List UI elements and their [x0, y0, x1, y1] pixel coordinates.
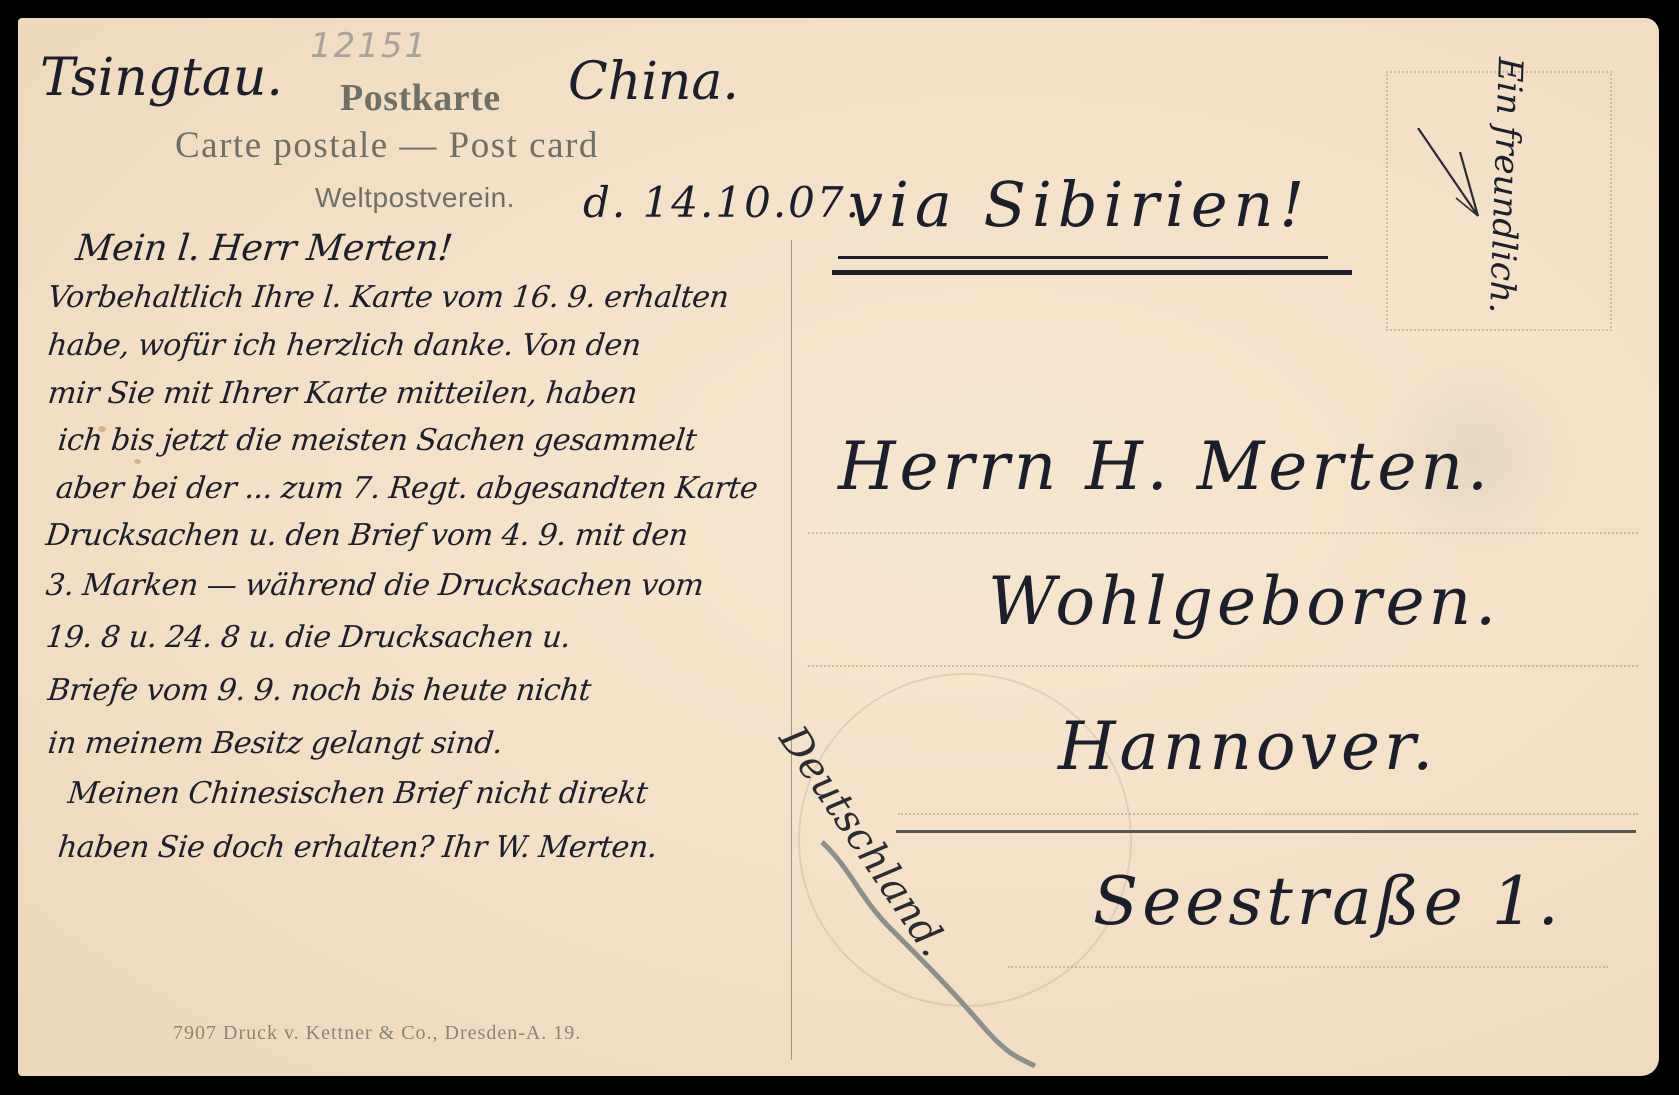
underline-thick	[832, 270, 1352, 275]
pencil-underline	[820, 838, 1050, 1068]
address-line-4	[1008, 966, 1608, 968]
underline-thin	[838, 256, 1328, 259]
printed-title-postkarte: Postkarte	[340, 76, 501, 120]
card-divider-line	[791, 240, 792, 1060]
address-city: Hannover.	[1058, 708, 1437, 785]
message-line: in meinem Besitz gelangt sind.	[46, 726, 504, 761]
foxing-stain	[134, 459, 141, 464]
address-line-2	[808, 665, 1638, 667]
printer-imprint: 7907 Druck v. Kettner & Co., Dresden-A. …	[173, 1022, 581, 1045]
message-line: habe, wofür ich herzlich danke. Von den	[46, 328, 642, 363]
message-line: ich bis jetzt die meisten Sachen gesamme…	[56, 423, 698, 458]
message-line: haben Sie doch erhalten? Ihr W. Merten.	[56, 830, 658, 865]
hw-origin-china: China.	[568, 52, 739, 112]
hw-origin-tsingtau: Tsingtau.	[40, 48, 283, 108]
message-line: Briefe vom 9. 9. noch bis heute nicht	[46, 673, 592, 708]
message-line: mir Sie mit Ihrer Karte mitteilen, haben	[46, 376, 639, 411]
hw-via-sibirien: via Sibirien!	[848, 168, 1310, 241]
archive-number: 12151	[310, 26, 428, 66]
message-greeting: Mein l. Herr Merten!	[74, 228, 454, 269]
message-line: 19. 8 u. 24. 8 u. die Drucksachen u.	[44, 620, 572, 655]
message-line: 3. Marken — während die Drucksachen vom	[44, 568, 705, 603]
postcard: 12151 Postkarte Carte postale — Post car…	[18, 18, 1659, 1076]
message-line: Meinen Chinesischen Brief nicht direkt	[66, 776, 649, 811]
hw-date: d. 14.10.07.	[583, 178, 861, 227]
address-recipient: Herrn H. Merten.	[838, 428, 1492, 505]
message-line: Vorbehaltlich Ihre l. Karte vom 16. 9. e…	[46, 280, 730, 315]
printed-subtitle: Carte postale — Post card	[175, 124, 599, 167]
address-street: Seestraße 1.	[1093, 863, 1563, 940]
address-honorific: Wohlgeboren.	[988, 563, 1500, 640]
message-line: aber bei der ... zum 7. Regt. abgesandte…	[54, 471, 759, 506]
printed-weltpostverein: Weltpostverein.	[315, 182, 515, 214]
message-line: Drucksachen u. den Brief vom 4. 9. mit d…	[44, 518, 689, 553]
